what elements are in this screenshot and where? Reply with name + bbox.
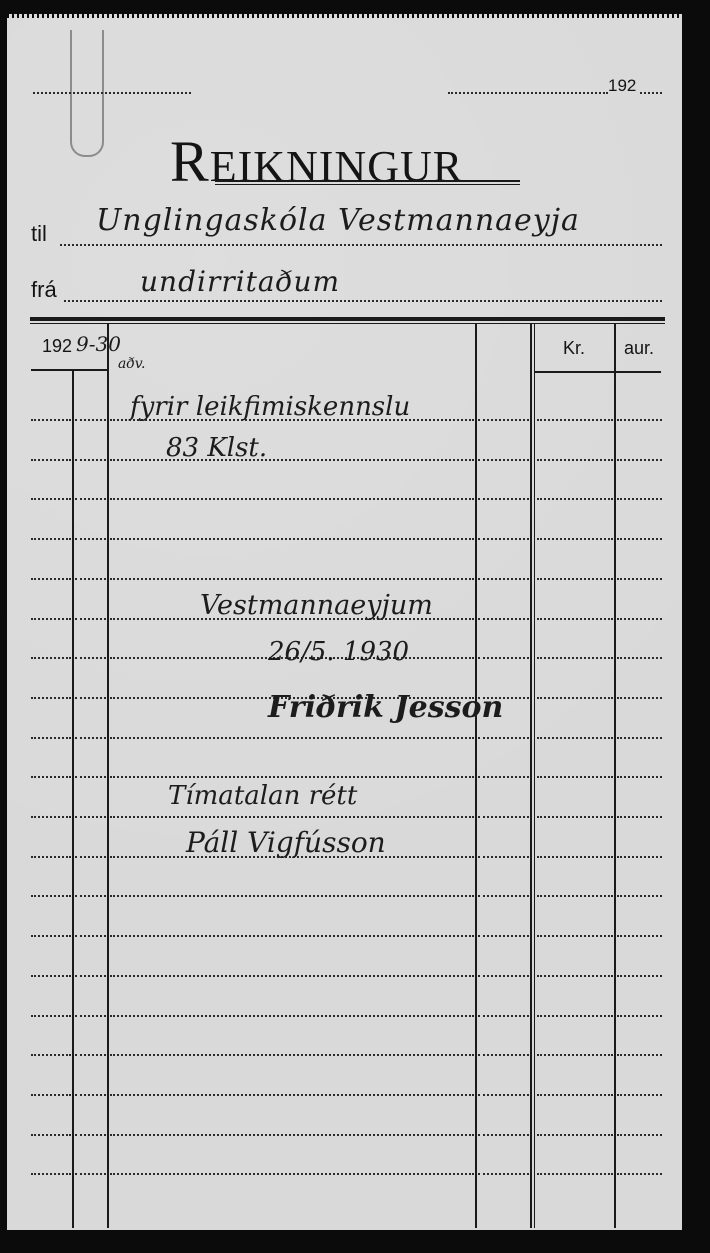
row-dotted-line [75,935,106,937]
row-dotted-line [75,578,106,580]
row-dotted-line [75,657,106,659]
row-dotted-line [75,816,106,818]
title-underline [215,180,520,182]
row-dotted-line [537,657,613,659]
row-dotted-line [537,578,613,580]
row-dotted-line [617,856,662,858]
row-dotted-line [110,1134,474,1136]
row-dotted-line [31,737,71,739]
row-dotted-line [75,538,106,540]
row-dotted-line [617,737,662,739]
row-dotted-line [75,618,106,620]
table-top-thick-rule [30,317,665,321]
row-dotted-line [75,975,106,977]
row-dotted-line [617,498,662,500]
row-dotted-line [537,1094,613,1096]
row-dotted-line [537,697,613,699]
row-dotted-line [110,816,474,818]
row-dotted-line [75,737,106,739]
from-label: frá [31,277,57,303]
row-dotted-line [617,1054,662,1056]
row-dotted-line [537,816,613,818]
row-dotted-line [537,419,613,421]
row-dotted-line [537,975,613,977]
row-dotted-line [31,1015,71,1017]
row-dotted-line [31,498,71,500]
date-day-column-line [72,370,74,1228]
row-dotted-line [31,776,71,778]
row-dotted-line [110,1094,474,1096]
row-dotted-line [478,737,529,739]
row-dotted-line [31,657,71,659]
title-initial: R [170,129,210,194]
row-dotted-line [478,1134,529,1136]
row-dotted-line [478,1054,529,1056]
year-header-rule [31,369,108,371]
row-dotted-line [31,459,71,461]
row-dotted-line [31,935,71,937]
signature-issuer[interactable]: Friðrik Jesson [268,690,503,725]
entry-abbreviation[interactable]: aðv. [118,356,145,372]
row-dotted-line [75,1094,106,1096]
amount-double-line-right [534,324,535,1228]
row-dotted-line [537,935,613,937]
row-dotted-line [110,459,474,461]
row-dotted-line [478,1015,529,1017]
row-dotted-line [478,816,529,818]
row-dotted-line [110,538,474,540]
row-dotted-line [617,1015,662,1017]
row-dotted-line [617,935,662,937]
year-header: 192 [42,336,72,357]
row-dotted-line [478,1173,529,1175]
row-dotted-line [31,1094,71,1096]
row-dotted-line [31,816,71,818]
to-handwritten-value[interactable]: Unglingaskóla Vestmannaeyja [96,203,580,238]
row-dotted-line [75,856,106,858]
row-dotted-line [75,1015,106,1017]
row-dotted-line [31,538,71,540]
row-dotted-line [478,498,529,500]
amount-double-line-left [530,324,532,1228]
row-dotted-line [537,1015,613,1017]
kr-aur-divider [614,324,616,1228]
verification-note[interactable]: Tímatalan rétt [168,781,357,811]
perforated-edge [7,12,682,18]
row-dotted-line [617,657,662,659]
row-dotted-line [537,1054,613,1056]
row-dotted-line [110,935,474,937]
row-dotted-line [617,697,662,699]
row-dotted-line [478,538,529,540]
date-handwritten[interactable]: 26/5. 1930 [268,637,409,667]
signature-verifier[interactable]: Páll Vigfússon [186,826,386,859]
row-dotted-line [478,419,529,421]
row-dotted-line [478,895,529,897]
row-dotted-line [617,1134,662,1136]
row-dotted-line [110,498,474,500]
row-dotted-line [537,776,613,778]
from-handwritten-value[interactable]: undirritaðum [140,265,340,298]
row-dotted-line [617,578,662,580]
entry-hours[interactable]: 83 Klst. [166,433,267,463]
place-dotted-line [33,92,191,94]
date-column-right-line [107,324,109,1228]
row-dotted-line [110,975,474,977]
title-underline-thin [215,184,520,185]
row-dotted-line [478,935,529,937]
row-dotted-line [31,1173,71,1175]
row-dotted-line [75,776,106,778]
row-dotted-line [617,419,662,421]
row-dotted-line [75,419,106,421]
row-dotted-line [617,975,662,977]
row-dotted-line [110,1173,474,1175]
row-dotted-line [31,1134,71,1136]
row-dotted-line [75,895,106,897]
row-dotted-line [478,975,529,977]
year-prefix: 192 [608,76,636,96]
row-dotted-line [617,1094,662,1096]
row-dotted-line [110,895,474,897]
row-dotted-line [75,459,106,461]
entry-description[interactable]: fyrir leikfimiskennslu [130,392,410,422]
row-dotted-line [31,1054,71,1056]
row-dotted-line [31,419,71,421]
row-dotted-line [617,618,662,620]
row-dotted-line [31,578,71,580]
row-dotted-line [617,538,662,540]
row-dotted-line [75,1173,106,1175]
row-dotted-line [110,1015,474,1017]
row-dotted-line [110,776,474,778]
row-dotted-line [537,737,613,739]
row-dotted-line [478,618,529,620]
row-dotted-line [75,1054,106,1056]
row-dotted-line [537,538,613,540]
row-dotted-line [110,1054,474,1056]
row-dotted-line [31,975,71,977]
row-dotted-line [537,459,613,461]
row-dotted-line [537,895,613,897]
table-top-thin-rule [30,323,665,324]
row-dotted-line [537,498,613,500]
row-dotted-line [478,856,529,858]
to-dotted-line [60,244,662,246]
row-dotted-line [31,697,71,699]
row-dotted-line [617,776,662,778]
kr-column-header: Kr. [563,338,585,359]
row-dotted-line [110,578,474,580]
row-dotted-line [617,1173,662,1175]
amount-header-rule [534,371,661,373]
row-dotted-line [31,618,71,620]
date-dotted-line [448,92,608,94]
row-dotted-line [537,1173,613,1175]
row-dotted-line [478,1094,529,1096]
row-dotted-line [478,776,529,778]
row-dotted-line [31,895,71,897]
to-label: til [31,221,47,247]
row-dotted-line [110,737,474,739]
row-dotted-line [478,459,529,461]
year-dotted-line [640,92,662,94]
row-dotted-line [478,657,529,659]
row-dotted-line [75,1134,106,1136]
year-handwritten[interactable]: 9-30 [76,332,121,356]
description-column-right-line [475,324,477,1228]
row-dotted-line [617,895,662,897]
place-handwritten[interactable]: Vestmannaeyjum [200,590,433,621]
row-dotted-line [537,618,613,620]
row-dotted-line [75,697,106,699]
row-dotted-line [537,856,613,858]
row-dotted-line [537,1134,613,1136]
aur-column-header: aur. [624,338,654,359]
row-dotted-line [31,856,71,858]
row-dotted-line [75,498,106,500]
row-dotted-line [478,578,529,580]
row-dotted-line [617,816,662,818]
from-dotted-line [64,300,662,302]
row-dotted-line [617,459,662,461]
